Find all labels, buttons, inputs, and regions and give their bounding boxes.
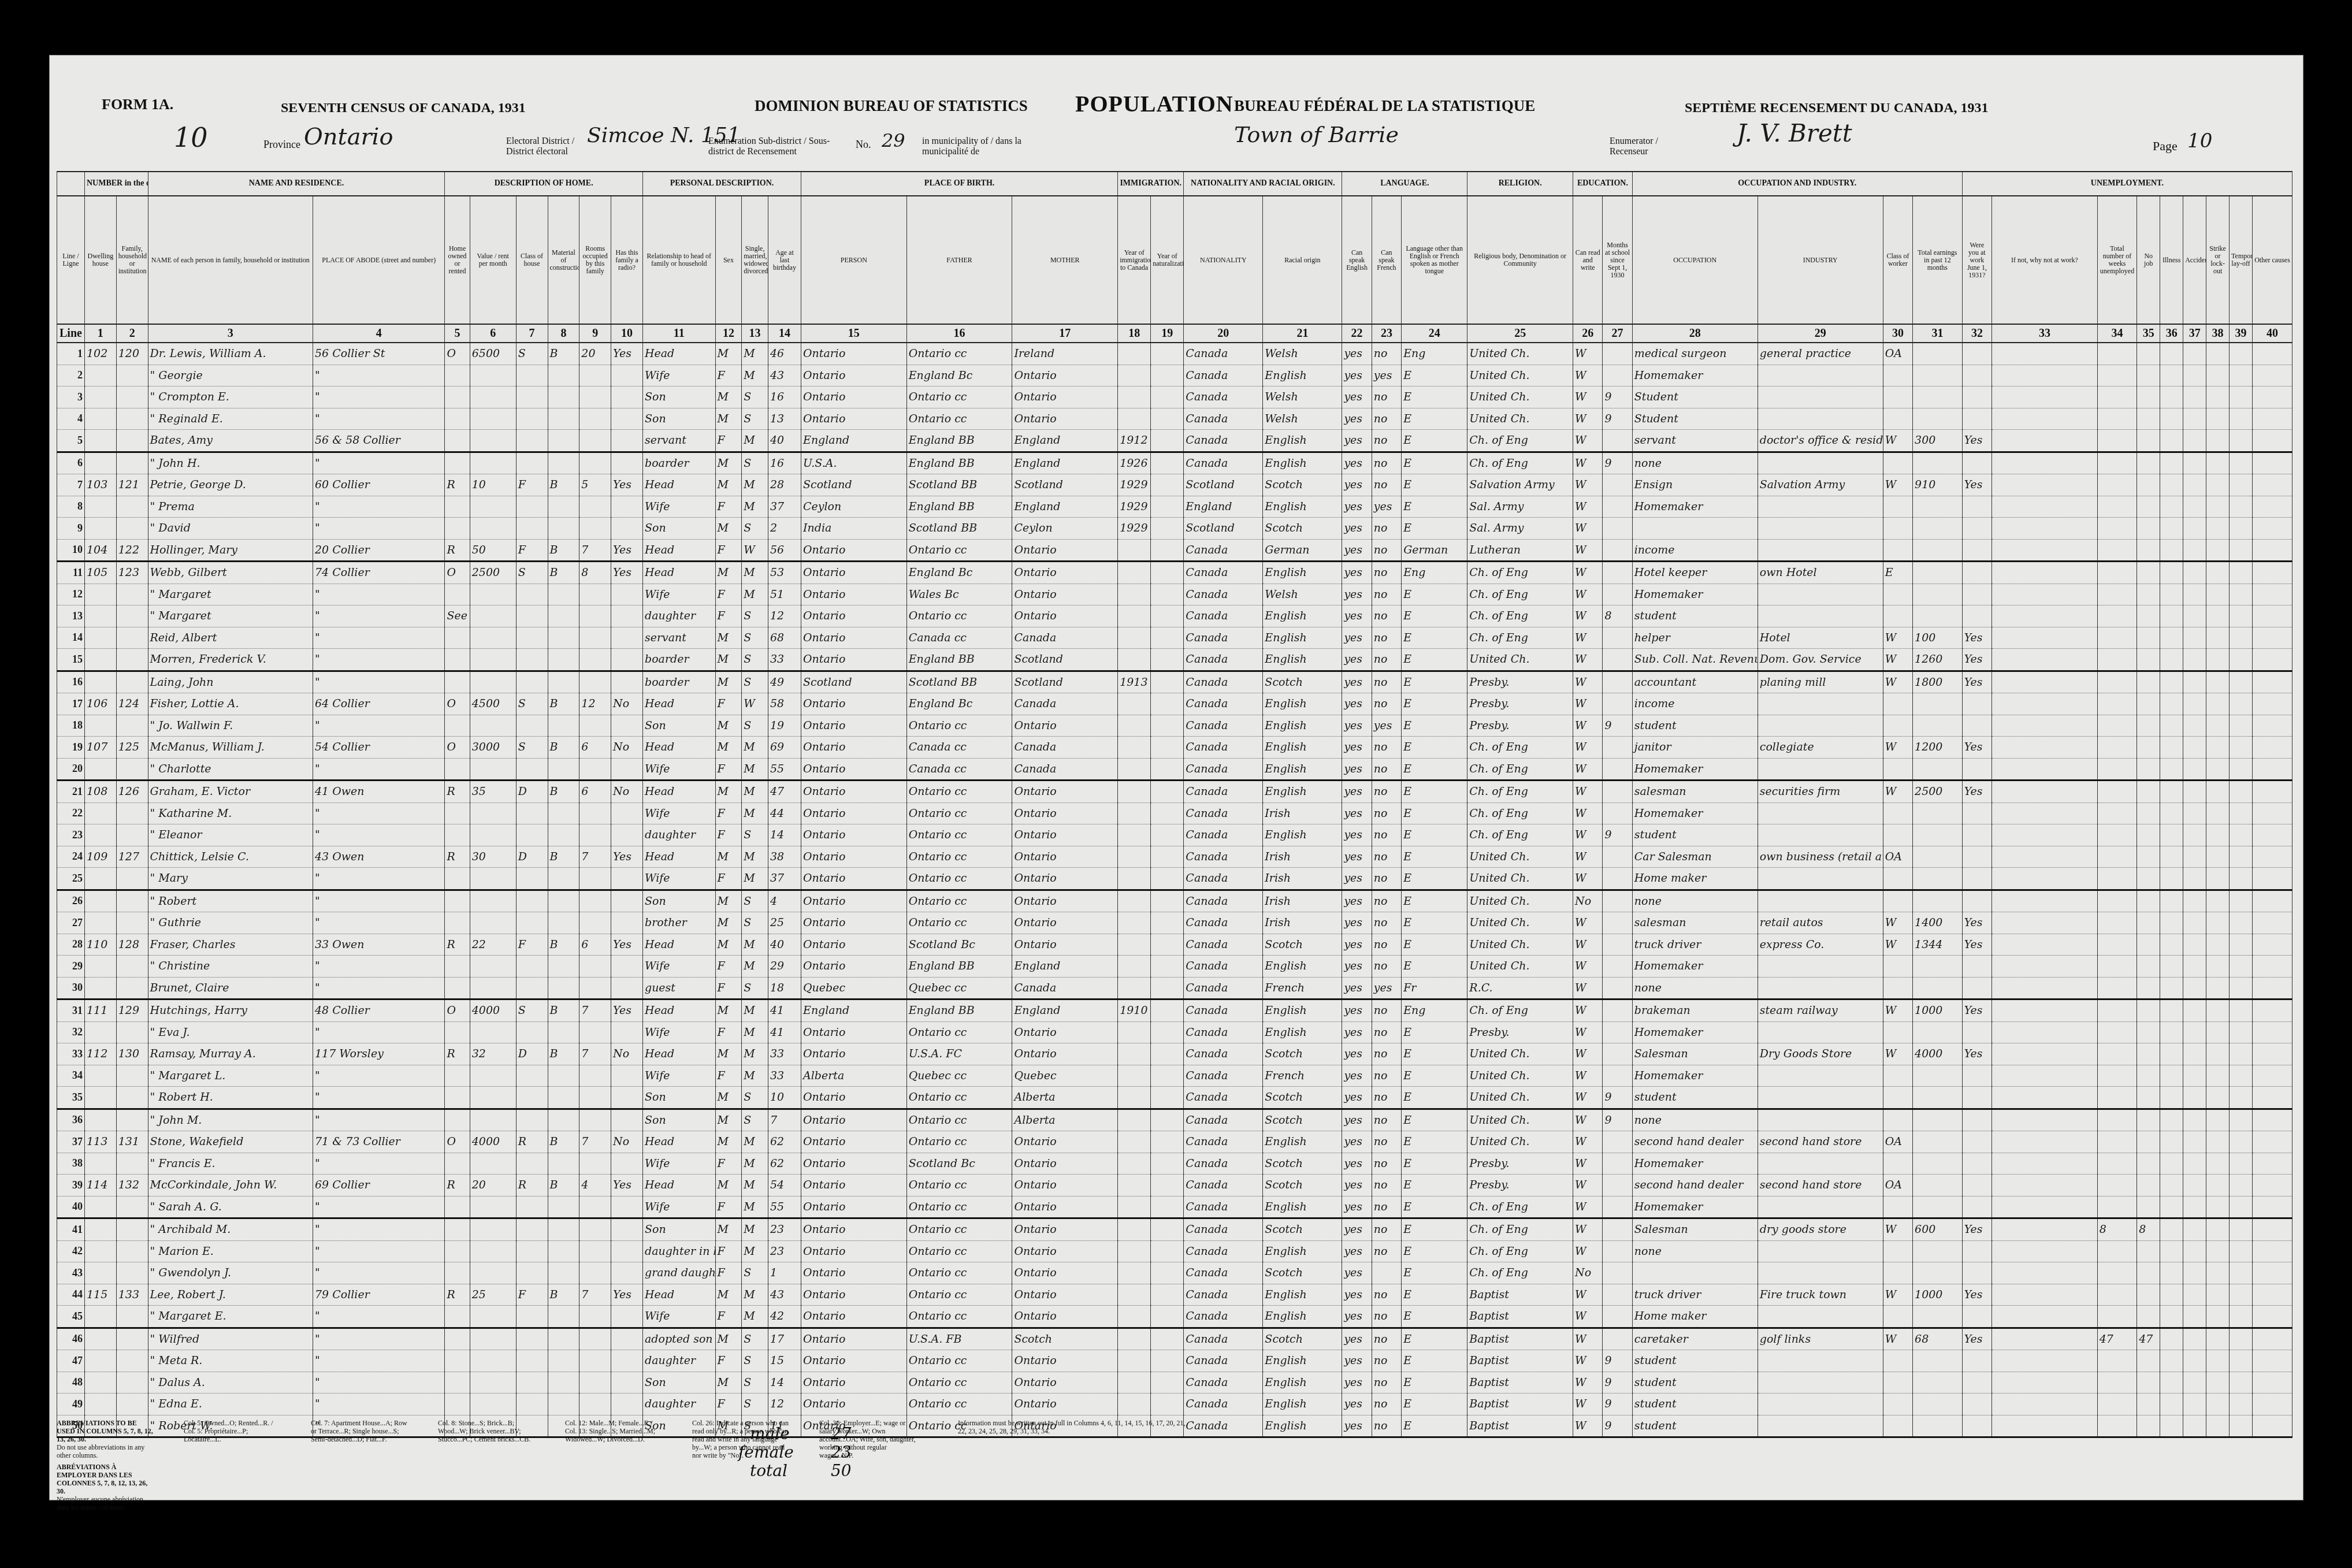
cell-c39 — [2230, 408, 2253, 430]
cell-c13: W — [742, 693, 768, 715]
cell-c24: E — [1402, 1087, 1467, 1109]
cell-c31: 1344 — [1913, 934, 1963, 956]
line-number: 44 — [57, 1284, 85, 1306]
cell-c10 — [611, 1196, 643, 1218]
cell-c33 — [1992, 1372, 2098, 1394]
cell-c28: student — [1632, 1350, 1758, 1372]
cell-c19 — [1151, 1284, 1184, 1306]
cell-c4: 69 Collier — [313, 1175, 445, 1197]
cell-c13: M — [742, 737, 768, 759]
cell-c25: Lutheran — [1467, 539, 1573, 562]
cell-c21: English — [1263, 956, 1342, 978]
cell-c31 — [1913, 956, 1963, 978]
cell-c9 — [579, 605, 611, 627]
cell-c7 — [516, 365, 548, 387]
cell-c4: " — [313, 1262, 445, 1284]
cell-c9 — [579, 890, 611, 912]
cell-c21: Scotch — [1263, 934, 1342, 956]
cell-c15: Ontario — [801, 802, 907, 824]
cell-c29: second hand store — [1758, 1131, 1883, 1153]
cell-c38 — [2206, 781, 2230, 803]
cell-c20: Canada — [1184, 1306, 1263, 1328]
cell-c25: United Ch. — [1467, 846, 1573, 868]
cell-c3: " Guthrie — [148, 912, 313, 934]
cell-c33 — [1992, 1350, 2098, 1372]
cell-c4: " — [313, 1196, 445, 1218]
cell-c24: E — [1402, 912, 1467, 934]
cell-c15: Ontario — [801, 758, 907, 781]
cell-c21: English — [1263, 781, 1342, 803]
cell-c25: Sal. Army — [1467, 496, 1573, 518]
cell-c15: Scotland — [801, 474, 907, 496]
cell-c1 — [84, 496, 116, 518]
cell-c10: No — [611, 1131, 643, 1153]
cell-c5 — [445, 430, 470, 452]
cell-c18 — [1118, 1394, 1151, 1415]
cell-c12: F — [715, 1350, 742, 1372]
line-number: 12 — [57, 584, 85, 605]
cell-c3: " Robert — [148, 890, 313, 912]
cell-c24: E — [1402, 1394, 1467, 1415]
cell-c3: Morren, Frederick V. — [148, 649, 313, 671]
cell-c18 — [1118, 1043, 1151, 1065]
cell-c18 — [1118, 1021, 1151, 1043]
cell-c2: 133 — [116, 1284, 148, 1306]
cell-c23: no — [1372, 1109, 1401, 1131]
cell-c13: M — [742, 562, 768, 584]
cell-c30 — [1883, 496, 1912, 518]
column-number: 2 — [116, 324, 148, 343]
cell-c19 — [1151, 824, 1184, 846]
cell-c25: United Ch. — [1467, 1065, 1573, 1087]
cell-c14: 69 — [768, 737, 801, 759]
cell-c26: W — [1573, 802, 1603, 824]
cell-c27 — [1603, 781, 1632, 803]
cell-c25: United Ch. — [1467, 868, 1573, 890]
cell-c3: McManus, William J. — [148, 737, 313, 759]
cell-c10: No — [611, 737, 643, 759]
cell-c1 — [84, 1065, 116, 1087]
cell-c16: Quebec cc — [906, 1065, 1012, 1087]
cell-c21: English — [1263, 715, 1342, 737]
cell-c11: servant — [642, 627, 715, 649]
line-number: 48 — [57, 1372, 85, 1394]
cell-c12: M — [715, 1328, 742, 1350]
cell-c31 — [1913, 868, 1963, 890]
cell-c1: 102 — [84, 343, 116, 365]
cell-c32 — [1962, 584, 1991, 605]
table-row: 20" Charlotte"WifeFM55OntarioCanada ccCa… — [57, 758, 2292, 781]
cell-c18 — [1118, 868, 1151, 890]
cell-c39 — [2230, 890, 2253, 912]
cell-c24: E — [1402, 1175, 1467, 1197]
cell-c10 — [611, 868, 643, 890]
cell-c5 — [445, 1240, 470, 1262]
column-label: Value / rent per month — [470, 196, 516, 324]
cell-c14: 40 — [768, 934, 801, 956]
cell-c22: yes — [1342, 496, 1372, 518]
cell-c28: student — [1632, 715, 1758, 737]
cell-c27: 9 — [1603, 1109, 1632, 1131]
cell-c5 — [445, 715, 470, 737]
cell-c29 — [1758, 496, 1883, 518]
cell-c23: no — [1372, 1394, 1401, 1415]
cell-c32 — [1962, 343, 1991, 365]
cell-c35 — [2137, 496, 2160, 518]
cell-c3: " Crompton E. — [148, 387, 313, 408]
cell-c38 — [2206, 671, 2230, 693]
cell-c34 — [2097, 649, 2137, 671]
cell-c20: Canada — [1184, 562, 1263, 584]
cell-c25: Ch. of Eng — [1467, 1218, 1573, 1241]
cell-c29 — [1758, 802, 1883, 824]
cell-c17: Ontario — [1012, 1262, 1118, 1284]
column-number: 14 — [768, 324, 801, 343]
cell-c2 — [116, 824, 148, 846]
cell-c24: E — [1402, 868, 1467, 890]
cell-c39 — [2230, 1175, 2253, 1197]
cell-c4: " — [313, 802, 445, 824]
cell-c38 — [2206, 737, 2230, 759]
cell-c21: English — [1263, 1196, 1342, 1218]
cell-c1 — [84, 956, 116, 978]
cell-c13: S — [742, 671, 768, 693]
cell-c8 — [548, 1065, 579, 1087]
cell-c15: Ontario — [801, 1218, 907, 1241]
cell-c3: " Margaret — [148, 584, 313, 605]
cell-c34 — [2097, 1087, 2137, 1109]
cell-c33 — [1992, 1218, 2098, 1241]
cell-c7 — [516, 1109, 548, 1131]
bureau-fr: BUREAU FÉDÉRAL DE LA STATISTIQUE — [1234, 97, 1535, 115]
cell-c27 — [1603, 562, 1632, 584]
cell-c18 — [1118, 1372, 1151, 1394]
cell-c13: M — [742, 868, 768, 890]
cell-c13: S — [742, 518, 768, 540]
cell-c24: E — [1402, 365, 1467, 387]
cell-c10 — [611, 890, 643, 912]
cell-c29 — [1758, 1087, 1883, 1109]
cell-c10 — [611, 1350, 643, 1372]
cell-c17: Ontario — [1012, 1394, 1118, 1415]
cell-c34 — [2097, 1021, 2137, 1043]
cell-c7 — [516, 758, 548, 781]
cell-c16: England BB — [906, 430, 1012, 452]
cell-c17: Ontario — [1012, 1284, 1118, 1306]
cell-c25: Baptist — [1467, 1284, 1573, 1306]
cell-c16: Ontario cc — [906, 846, 1012, 868]
cell-c33 — [1992, 956, 2098, 978]
cell-c19 — [1151, 1350, 1184, 1372]
cell-c30 — [1883, 802, 1912, 824]
cell-c23: no — [1372, 1043, 1401, 1065]
cell-c14: 47 — [768, 781, 801, 803]
cell-c22: yes — [1342, 408, 1372, 430]
cell-c2 — [116, 890, 148, 912]
cell-c19 — [1151, 584, 1184, 605]
cell-c18 — [1118, 365, 1151, 387]
cell-c21: English — [1263, 1394, 1342, 1415]
line-number: 6 — [57, 452, 85, 474]
cell-c1: 107 — [84, 737, 116, 759]
cell-c23: no — [1372, 1218, 1401, 1241]
cell-c29 — [1758, 1109, 1883, 1131]
cell-c18 — [1118, 977, 1151, 999]
cell-c24: E — [1402, 1021, 1467, 1043]
cell-c13: M — [742, 1153, 768, 1175]
cell-c7 — [516, 1240, 548, 1262]
cell-c21: Scotch — [1263, 474, 1342, 496]
cell-c35 — [2137, 562, 2160, 584]
cell-c2 — [116, 1109, 148, 1131]
cell-c7 — [516, 824, 548, 846]
cell-c5: O — [445, 693, 470, 715]
cell-c35 — [2137, 474, 2160, 496]
cell-c24: E — [1402, 1372, 1467, 1394]
cell-c39 — [2230, 802, 2253, 824]
cell-c10 — [611, 518, 643, 540]
cell-c6 — [470, 956, 516, 978]
table-row: 49" Edna E."daughterFS12OntarioOntario c… — [57, 1394, 2292, 1415]
cell-c25: Baptist — [1467, 1306, 1573, 1328]
cell-c38 — [2206, 343, 2230, 365]
province-label: Province — [263, 139, 300, 150]
column-label: Language other than English or French sp… — [1402, 196, 1467, 324]
cell-c37 — [2183, 408, 2206, 430]
cell-c5 — [445, 1306, 470, 1328]
cell-c23: no — [1372, 518, 1401, 540]
cell-c11: Son — [642, 890, 715, 912]
cell-c18 — [1118, 584, 1151, 605]
cell-c32 — [1962, 1262, 1991, 1284]
cell-c36 — [2160, 452, 2183, 474]
cell-c25: Ch. of Eng — [1467, 605, 1573, 627]
cell-c39 — [2230, 1196, 2253, 1218]
census-title-fr: SEPTIÈME RECENSEMENT DU CANADA, 1931 — [1685, 101, 1989, 116]
table-row: 9" David"SonMS2IndiaScotland BBCeylon192… — [57, 518, 2292, 540]
cell-c2 — [116, 1394, 148, 1415]
cell-c11: daughter — [642, 1394, 715, 1415]
cell-c1 — [84, 868, 116, 890]
cell-c30 — [1883, 1021, 1912, 1043]
cell-c39 — [2230, 562, 2253, 584]
table-row: 48" Dalus A."SonMS14OntarioOntario ccOnt… — [57, 1372, 2292, 1394]
cell-c3: " David — [148, 518, 313, 540]
cell-c13: M — [742, 1131, 768, 1153]
cell-c37 — [2183, 627, 2206, 649]
cell-c36 — [2160, 693, 2183, 715]
cell-c13: M — [742, 343, 768, 365]
cell-c9 — [579, 408, 611, 430]
cell-c35 — [2137, 1043, 2160, 1065]
cell-c2 — [116, 1087, 148, 1109]
cell-c27 — [1603, 1175, 1632, 1197]
cell-c32: Yes — [1962, 781, 1991, 803]
cell-c12: F — [715, 496, 742, 518]
cell-c8 — [548, 584, 579, 605]
cell-c18: 1912 — [1118, 430, 1151, 452]
cell-c4: 33 Owen — [313, 934, 445, 956]
cell-c17: England — [1012, 452, 1118, 474]
cell-c22: yes — [1342, 781, 1372, 803]
cell-c25: Ch. of Eng — [1467, 824, 1573, 846]
cell-c19 — [1151, 627, 1184, 649]
cell-c1: 114 — [84, 1175, 116, 1197]
cell-c26: W — [1573, 934, 1603, 956]
cell-c22: yes — [1342, 758, 1372, 781]
cell-c14: 43 — [768, 1284, 801, 1306]
cell-c5 — [445, 518, 470, 540]
cell-c10: No — [611, 1043, 643, 1065]
cell-c5 — [445, 387, 470, 408]
cell-c40 — [2253, 1021, 2292, 1043]
cell-c2 — [116, 1328, 148, 1350]
cell-c2 — [116, 408, 148, 430]
cell-c12: M — [715, 781, 742, 803]
cell-c34 — [2097, 715, 2137, 737]
cell-c38 — [2206, 846, 2230, 868]
cell-c34 — [2097, 846, 2137, 868]
column-number: 10 — [611, 324, 643, 343]
cell-c22: yes — [1342, 430, 1372, 452]
cell-c2 — [116, 1065, 148, 1087]
cell-c1: 115 — [84, 1284, 116, 1306]
cell-c14: 56 — [768, 539, 801, 562]
cell-c29 — [1758, 1153, 1883, 1175]
cell-c30: W — [1883, 781, 1912, 803]
cell-c5 — [445, 627, 470, 649]
cell-c38 — [2206, 758, 2230, 781]
cell-c18: 1913 — [1118, 671, 1151, 693]
cell-c22: yes — [1342, 1175, 1372, 1197]
cell-c14: 62 — [768, 1153, 801, 1175]
cell-c31: 1200 — [1913, 737, 1963, 759]
line-number: 4 — [57, 408, 85, 430]
cell-c26: W — [1573, 715, 1603, 737]
cell-c2 — [116, 912, 148, 934]
cell-c21: Scotch — [1263, 1043, 1342, 1065]
column-number: 7 — [516, 324, 548, 343]
cell-c37 — [2183, 649, 2206, 671]
line-number: 15 — [57, 649, 85, 671]
table-row: 41" Archibald M."SonMM23OntarioOntario c… — [57, 1218, 2292, 1241]
cell-c26: W — [1573, 912, 1603, 934]
cell-c40 — [2253, 343, 2292, 365]
cell-c14: 53 — [768, 562, 801, 584]
cell-c21: Welsh — [1263, 387, 1342, 408]
cell-c28: Home maker — [1632, 868, 1758, 890]
cell-c27 — [1603, 912, 1632, 934]
cell-c9: 4 — [579, 1175, 611, 1197]
cell-c13: M — [742, 956, 768, 978]
cell-c34 — [2097, 1043, 2137, 1065]
cell-c21: French — [1263, 977, 1342, 999]
cell-c27: 9 — [1603, 715, 1632, 737]
cell-c25: Presby. — [1467, 671, 1573, 693]
cell-c8 — [548, 890, 579, 912]
cell-c22: yes — [1342, 1087, 1372, 1109]
cell-c6 — [470, 1350, 516, 1372]
cell-c37 — [2183, 518, 2206, 540]
cell-c32: Yes — [1962, 934, 1991, 956]
cell-c38 — [2206, 1350, 2230, 1372]
cell-c26: W — [1573, 408, 1603, 430]
cell-c20: Canada — [1184, 1240, 1263, 1262]
cell-c18 — [1118, 737, 1151, 759]
cell-c7: R — [516, 1131, 548, 1153]
cell-c6 — [470, 1153, 516, 1175]
table-row: 4" Reginald E."SonMS13OntarioOntario ccO… — [57, 408, 2292, 430]
cell-c39 — [2230, 693, 2253, 715]
cell-c9 — [579, 1109, 611, 1131]
cell-c17: Ontario — [1012, 1240, 1118, 1262]
cell-c8 — [548, 912, 579, 934]
cell-c19 — [1151, 671, 1184, 693]
cell-c37 — [2183, 1196, 2206, 1218]
cell-c18 — [1118, 934, 1151, 956]
cell-c11: Son — [642, 1372, 715, 1394]
cell-c40 — [2253, 1043, 2292, 1065]
cell-c10 — [611, 452, 643, 474]
cell-c32: Yes — [1962, 1328, 1991, 1350]
cell-c18 — [1118, 649, 1151, 671]
cell-c30 — [1883, 365, 1912, 387]
cell-c11: Head — [642, 934, 715, 956]
cell-c27 — [1603, 1065, 1632, 1087]
cell-c16: England Bc — [906, 562, 1012, 584]
cell-c36 — [2160, 1306, 2183, 1328]
cell-c29: dry goods store — [1758, 1218, 1883, 1241]
col8-note: Col. 8: Stone...S; Brick...B; Wood...W; … — [438, 1419, 536, 1443]
cell-c25: Ch. of Eng — [1467, 627, 1573, 649]
table-row: 12" Margaret"WifeFM51OntarioWales BcOnta… — [57, 584, 2292, 605]
cell-c29 — [1758, 824, 1883, 846]
cell-c15: Ontario — [801, 934, 907, 956]
cell-c24: E — [1402, 1153, 1467, 1175]
cell-c18 — [1118, 1306, 1151, 1328]
cell-c15: U.S.A. — [801, 452, 907, 474]
cell-c15: Ontario — [801, 1284, 907, 1306]
cell-c24: E — [1402, 627, 1467, 649]
cell-c10 — [611, 956, 643, 978]
cell-c2: 131 — [116, 1131, 148, 1153]
cell-c23: no — [1372, 1153, 1401, 1175]
cell-c26: W — [1573, 977, 1603, 999]
cell-c3: Lee, Robert J. — [148, 1284, 313, 1306]
cell-c7: S — [516, 562, 548, 584]
cell-c38 — [2206, 539, 2230, 562]
cell-c4: " — [313, 365, 445, 387]
cell-c9 — [579, 1240, 611, 1262]
cell-c37 — [2183, 999, 2206, 1022]
cell-c33 — [1992, 1240, 2098, 1262]
cell-c7 — [516, 1328, 548, 1350]
cell-c38 — [2206, 408, 2230, 430]
cell-c3: Webb, Gilbert — [148, 562, 313, 584]
cell-c15: England — [801, 430, 907, 452]
table-row: 14Reid, Albert"servantMS68OntarioCanada … — [57, 627, 2292, 649]
cell-c34 — [2097, 693, 2137, 715]
cell-c39 — [2230, 649, 2253, 671]
cell-c29: own business (retail automobile) — [1758, 846, 1883, 868]
cell-c15: Ontario — [801, 1196, 907, 1218]
cell-c5 — [445, 912, 470, 934]
cell-c4: " — [313, 758, 445, 781]
column-number: 29 — [1758, 324, 1883, 343]
cell-c9 — [579, 1372, 611, 1394]
cell-c15: Ontario — [801, 1021, 907, 1043]
column-number: 36 — [2160, 324, 2183, 343]
